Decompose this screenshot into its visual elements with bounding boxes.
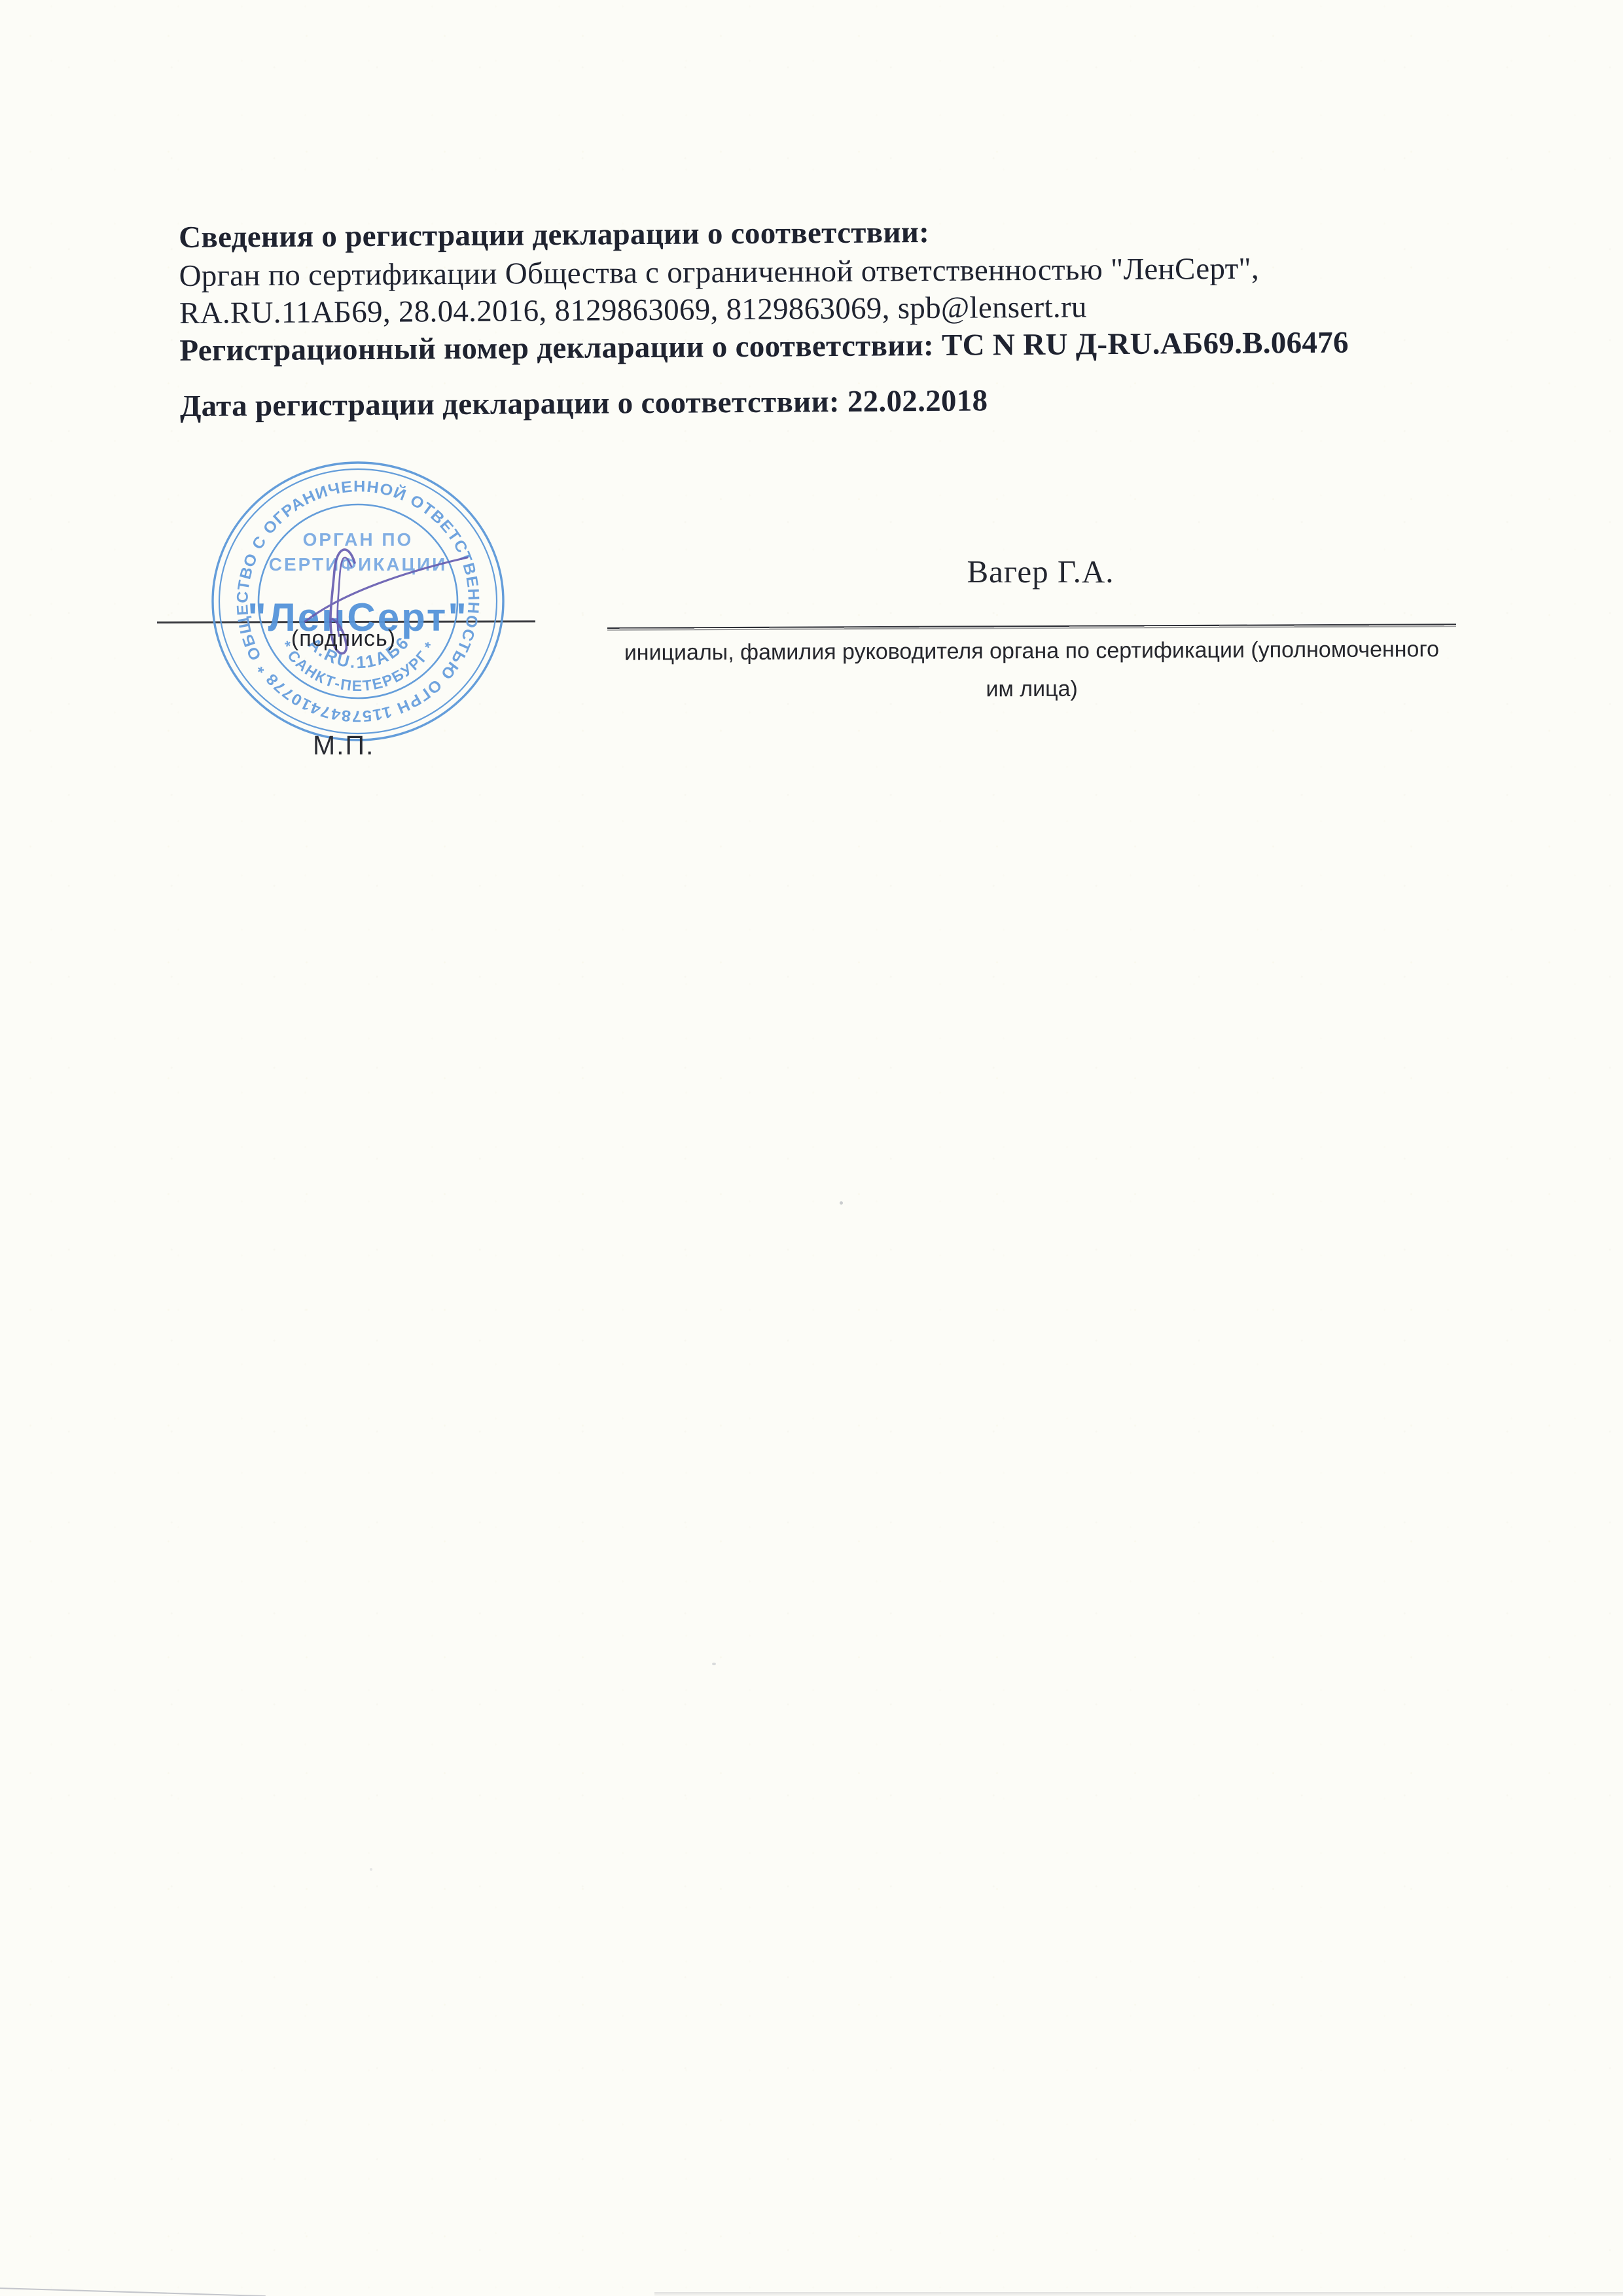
head-caption-line1: инициалы, фамилия руководителя органа по… (607, 637, 1456, 666)
scan-edge-artifact (0, 2287, 266, 2296)
certification-body-line2: RA.RU.11АБ69, 28.04.2016, 8129863069, 81… (179, 291, 1087, 330)
signature-caption: (подпись) (278, 626, 409, 652)
stamp-org-line2: СЕРТИФИКАЦИИ (269, 554, 447, 574)
certification-body-line1: Орган по сертификации Общества с огранич… (179, 252, 1259, 293)
registration-info-heading: Сведения о регистрации декларации о соот… (179, 216, 929, 255)
certification-stamp-icon: ОБЩЕСТВО С ОГРАНИЧЕННОЙ ОТВЕТСТВЕННОСТЬЮ… (208, 458, 508, 745)
head-caption: инициалы, фамилия руководителя органа по… (607, 637, 1456, 704)
head-name: Вагер Г.А. (864, 553, 1217, 590)
scan-speck (712, 1663, 716, 1665)
registration-number-line: Регистрационный номер декларации о соотв… (179, 327, 1349, 368)
scan-speck (370, 1868, 372, 1871)
scan-speck (840, 1201, 843, 1205)
registration-date-line: Дата регистрации декларации о соответств… (180, 384, 988, 423)
registration-number-label: Регистрационный номер декларации о соотв… (179, 328, 934, 368)
head-caption-line2: им лица) (607, 675, 1456, 704)
registration-date-value: 22.02.2018 (847, 383, 988, 418)
registration-info-block: Сведения о регистрации декларации о соот… (179, 213, 1422, 221)
stamp-org-line1: ОРГАН ПО (303, 529, 414, 550)
document-page: Сведения о регистрации декларации о соот… (0, 0, 1623, 2296)
registration-date-label: Дата регистрации декларации о соответств… (180, 385, 840, 423)
head-name-line (607, 624, 1456, 631)
registration-number-value: ТС N RU Д-RU.АБ69.В.06476 (942, 326, 1349, 362)
scan-bottom-shade (654, 2292, 1623, 2296)
seal-caption: М.П. (313, 730, 374, 761)
